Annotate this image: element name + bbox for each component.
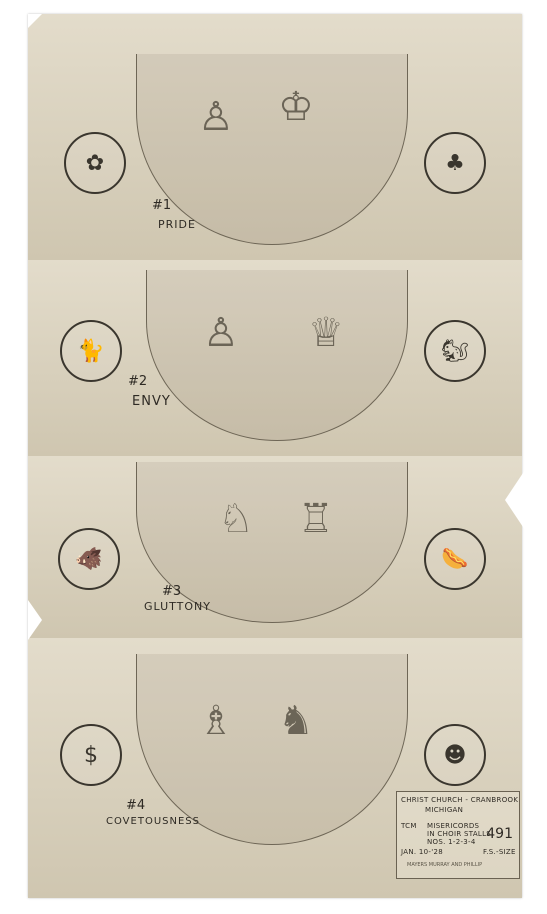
drawing-sheet: ♙ ♔ ✿ ♣ #1 PRIDE ♙ ♕ 🐈 🐿 #2 ENVY ♘ ♖ 🐗 🌭…: [28, 14, 522, 898]
date: JAN. 10-'28: [401, 848, 443, 856]
scale: F.S.-SIZE: [483, 848, 516, 856]
boar-head-medallion: 🐗: [58, 528, 120, 590]
figure-top-hat: ♗: [198, 698, 234, 744]
figure-chief: ♔: [278, 84, 314, 130]
drawing-number: 491: [486, 826, 513, 842]
tree-medallion: ♣: [424, 132, 486, 194]
panel-pride: ♙ ♔ ✿ ♣ #1 PRIDE: [28, 14, 522, 262]
figure-woman: ♕: [308, 310, 344, 356]
figure-bandit: ♞: [278, 698, 314, 744]
title-line-3: NOS. 1-2-3-4: [427, 838, 476, 846]
panel-title: PRIDE: [158, 218, 196, 231]
panel-number: #3: [162, 584, 181, 599]
initials: TCM: [401, 822, 417, 830]
panel-title: COVETOUSNESS: [106, 816, 200, 827]
client-line-1: CHRIST CHURCH - CRANBROOK: [401, 796, 518, 804]
misericord-fan: [136, 54, 408, 245]
firm-line: MAYERS MURRAY AND PHILLIP: [407, 862, 482, 868]
title-line-2: IN CHOIR STALLS: [427, 830, 491, 838]
figure-bellhop: ♙: [203, 310, 239, 356]
panel-title: GLUTTONY: [144, 600, 211, 613]
squirrel-medallion: 🐿: [424, 320, 486, 382]
panel-number: #2: [128, 374, 147, 389]
panel-title: ENVY: [132, 394, 171, 409]
misericord-fan: [146, 270, 408, 441]
panel-number: #1: [152, 198, 171, 213]
figure-waiter: ♘: [218, 496, 254, 542]
title-block: CHRIST CHURCH - CRANBROOK MICHIGAN TCM M…: [396, 791, 520, 879]
figure-glutton: ♖: [298, 496, 334, 542]
figure-servant: ♙: [198, 94, 234, 140]
panel-envy: ♙ ♕ 🐈 🐿 #2 ENVY: [28, 260, 522, 458]
mask-medallion: ☻: [424, 724, 486, 786]
flower-rosette-medallion: ✿: [64, 132, 126, 194]
title-line-1: MISERICORDS: [427, 822, 479, 830]
sausage-medallion: 🌭: [424, 528, 486, 590]
client-line-2: MICHIGAN: [425, 806, 463, 814]
cat-medallion: 🐈: [60, 320, 122, 382]
crown-dollar-medallion: $: [60, 724, 122, 786]
panel-number: #4: [126, 798, 145, 813]
panel-gluttony: ♘ ♖ 🐗 🌭 #3 GLUTTONY: [28, 456, 522, 640]
